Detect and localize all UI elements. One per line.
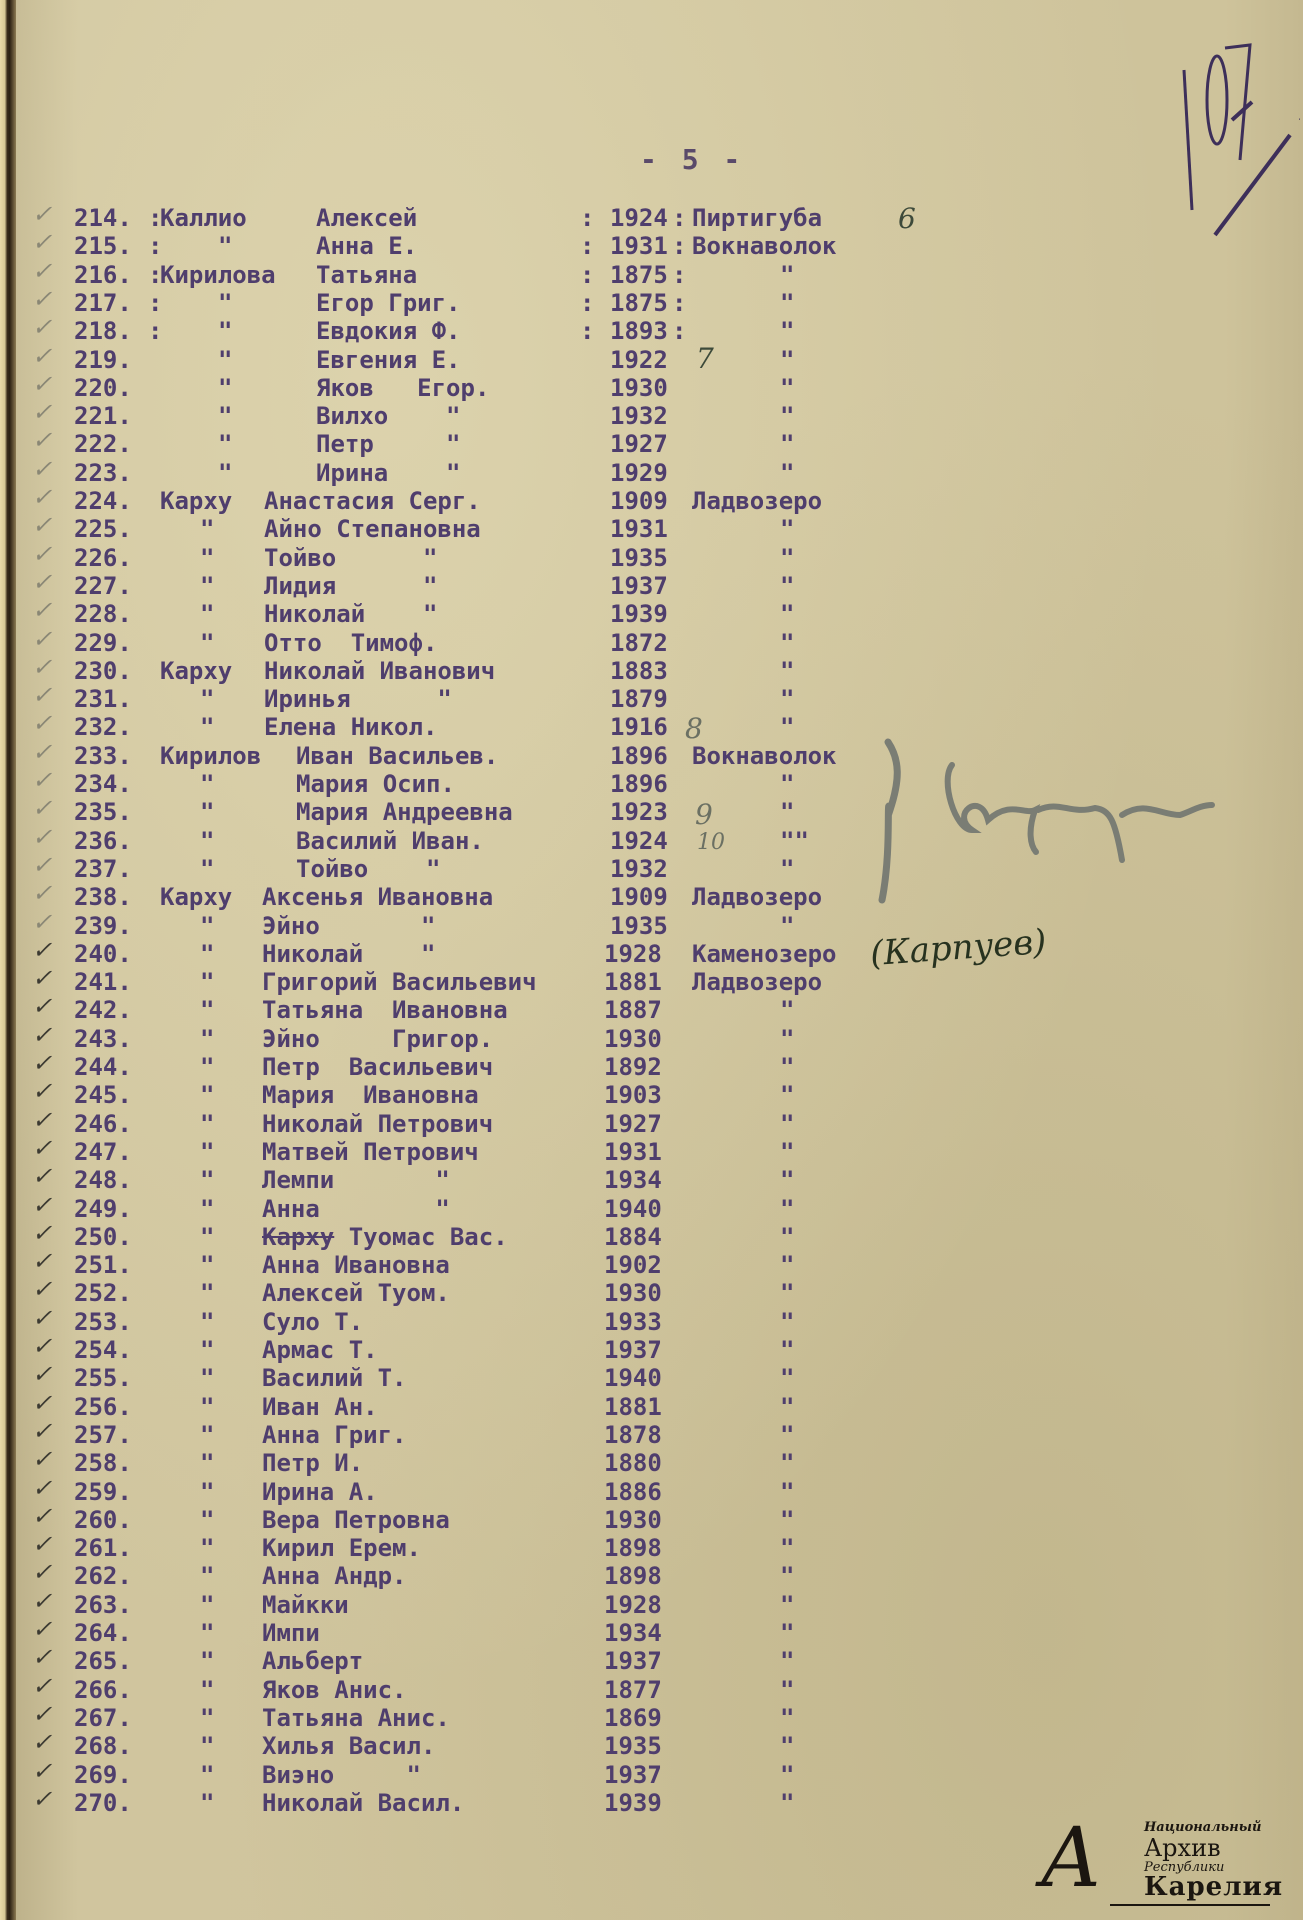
check-mark-icon: ✓ — [30, 342, 58, 370]
place: " — [780, 515, 794, 543]
check-mark-icon: ✓ — [30, 1106, 58, 1134]
given-name: Татьяна Анис. — [262, 1704, 450, 1732]
surname: Карху — [160, 487, 232, 515]
given-name: Николай Васил. — [262, 1789, 464, 1817]
given-name: Василий Иван. — [296, 827, 484, 855]
place: " — [780, 1138, 794, 1166]
surname: " — [200, 1138, 214, 1166]
row-number: 264. — [74, 1619, 132, 1647]
given-name: Петр Васильевич — [262, 1053, 493, 1081]
row-number: 214. — [74, 204, 132, 232]
given-name: Татьяна Ивановна — [262, 996, 508, 1024]
place: " — [780, 1223, 794, 1251]
surname: Каллио — [160, 204, 247, 232]
surname: " — [200, 996, 214, 1024]
column-separator: : — [580, 317, 594, 345]
surname: " — [200, 1195, 214, 1223]
pencil-signature — [860, 720, 1220, 910]
row-number: 268. — [74, 1732, 132, 1760]
place: " — [780, 1053, 794, 1081]
table-row: ✓239."Эйно "1935" — [0, 912, 1303, 940]
row-number: 258. — [74, 1449, 132, 1477]
check-mark-icon: ✓ — [30, 908, 58, 936]
place: " — [780, 1025, 794, 1053]
row-number: 228. — [74, 600, 132, 628]
birth-year: 1930 — [604, 1506, 662, 1534]
page-number: - 5 - — [640, 143, 744, 176]
check-mark-icon: ✓ — [30, 823, 58, 851]
birth-year: 1923 — [610, 798, 668, 826]
place: " — [780, 1251, 794, 1279]
birth-year: 1935 — [610, 544, 668, 572]
check-mark-icon: ✓ — [30, 1530, 58, 1558]
birth-year: 1927 — [604, 1110, 662, 1138]
table-row: ✓265."Альберт1937" — [0, 1647, 1303, 1675]
row-number: 234. — [74, 770, 132, 798]
check-mark-icon: ✓ — [30, 1615, 58, 1643]
place: " — [780, 657, 794, 685]
place: " — [780, 1421, 794, 1449]
birth-year: 1930 — [604, 1025, 662, 1053]
column-separator: : — [148, 317, 162, 345]
birth-year: 1903 — [604, 1081, 662, 1109]
table-row: ✓224.КархуАнастасия Серг.1909Ладвозеро — [0, 487, 1303, 515]
table-row: ✓255."Василий Т.1940" — [0, 1364, 1303, 1392]
surname: " — [200, 600, 214, 628]
row-number: 265. — [74, 1647, 132, 1675]
check-mark-icon: ✓ — [30, 455, 58, 483]
row-number: 263. — [74, 1591, 132, 1619]
check-mark-icon: ✓ — [30, 1502, 58, 1530]
check-mark-icon: ✓ — [30, 1558, 58, 1586]
birth-year: 1939 — [610, 600, 668, 628]
given-name: Вера Петровна — [262, 1506, 450, 1534]
table-row: ✓267."Татьяна Анис.1869" — [0, 1704, 1303, 1732]
birth-year: 1937 — [610, 572, 668, 600]
column-separator: : — [672, 261, 686, 289]
check-mark-icon: ✓ — [30, 1700, 58, 1728]
place: Вокнаволок — [692, 232, 837, 260]
check-mark-icon: ✓ — [30, 257, 58, 285]
place: " — [780, 996, 794, 1024]
table-row: ✓241."Григорий Васильевич1881Ладвозеро — [0, 968, 1303, 996]
surname: " — [218, 317, 232, 345]
struck-word: Карху — [262, 1223, 334, 1251]
table-row: ✓252."Алексей Туом.1930" — [0, 1279, 1303, 1307]
surname: " — [200, 1534, 214, 1562]
table-row: ✓246."Николай Петрович1927" — [0, 1110, 1303, 1138]
row-number: 223. — [74, 459, 132, 487]
birth-year: 1877 — [604, 1676, 662, 1704]
birth-year: 1928 — [604, 1591, 662, 1619]
given-name: Ирина А. — [262, 1478, 378, 1506]
row-number: 215. — [74, 232, 132, 260]
margin-number-214: 6 — [898, 202, 916, 235]
birth-year: 1875 — [610, 289, 668, 317]
check-mark-icon: ✓ — [30, 1134, 58, 1162]
birth-year: 1887 — [604, 996, 662, 1024]
surname: " — [200, 1223, 214, 1251]
birth-year: 1902 — [604, 1251, 662, 1279]
given-name: Матвей Петрович — [262, 1138, 479, 1166]
given-name: Елена Никол. — [264, 713, 437, 741]
surname: " — [200, 685, 214, 713]
table-row: ✓244."Петр Васильевич1892" — [0, 1053, 1303, 1081]
table-row: ✓221."Вилхо "1932" — [0, 402, 1303, 430]
row-number: 230. — [74, 657, 132, 685]
row-number: 254. — [74, 1336, 132, 1364]
table-row: ✓250."Карху Туомас Вас.1884" — [0, 1223, 1303, 1251]
table-row: ✓257."Анна Григ.1878" — [0, 1421, 1303, 1449]
place: " — [780, 1308, 794, 1336]
place: " — [780, 713, 794, 741]
check-mark-icon: ✓ — [30, 625, 58, 653]
birth-year: 1916 — [610, 713, 668, 741]
row-number: 220. — [74, 374, 132, 402]
place: " — [780, 1166, 794, 1194]
row-number: 253. — [74, 1308, 132, 1336]
column-separator: : — [580, 232, 594, 260]
row-number: 225. — [74, 515, 132, 543]
place: " — [780, 374, 794, 402]
given-name: Армас Т. — [262, 1336, 378, 1364]
given-name: Иван Ан. — [262, 1393, 378, 1421]
logo-line-national: Национальный — [1144, 1820, 1261, 1835]
column-separator: : — [580, 204, 594, 232]
given-name: Петр " — [316, 430, 461, 458]
given-name: Яков Егор. — [316, 374, 489, 402]
check-mark-icon: ✓ — [30, 1332, 58, 1360]
birth-year: 1898 — [604, 1562, 662, 1590]
surname: " — [218, 430, 232, 458]
column-separator: : — [148, 232, 162, 260]
surname: " — [200, 1251, 214, 1279]
check-mark-icon: ✓ — [30, 596, 58, 624]
surname: " — [200, 1421, 214, 1449]
place: " — [780, 1562, 794, 1590]
given-name: Ирина " — [316, 459, 461, 487]
row-number: 217. — [74, 289, 132, 317]
surname: " — [218, 289, 232, 317]
surname: " — [200, 1166, 214, 1194]
row-number: 257. — [74, 1421, 132, 1449]
logo-quill-rule — [1110, 1904, 1270, 1906]
birth-year: 1884 — [604, 1223, 662, 1251]
place: Пиртигуба — [692, 204, 822, 232]
surname: " — [200, 713, 214, 741]
table-row: ✓268."Хилья Васил.1935" — [0, 1732, 1303, 1760]
given-name: Лемпи " — [262, 1166, 450, 1194]
check-mark-icon: ✓ — [30, 568, 58, 596]
check-mark-icon: ✓ — [30, 964, 58, 992]
given-name: Евдокия Ф. — [316, 317, 461, 345]
table-row: ✓260."Вера Петровна1930" — [0, 1506, 1303, 1534]
surname: " — [200, 1449, 214, 1477]
table-row: ✓261."Кирил Ерем.1898" — [0, 1534, 1303, 1562]
birth-year: 1892 — [604, 1053, 662, 1081]
check-mark-icon: ✓ — [30, 1672, 58, 1700]
row-number: 243. — [74, 1025, 132, 1053]
check-mark-icon: ✓ — [30, 426, 58, 454]
table-row: ✓220."Яков Егор.1930" — [0, 374, 1303, 402]
given-name: Альберт — [262, 1647, 363, 1675]
check-mark-icon: ✓ — [30, 851, 58, 879]
birth-year: 1883 — [610, 657, 668, 685]
check-mark-icon: ✓ — [30, 1247, 58, 1275]
table-row: ✓227."Лидия "1937" — [0, 572, 1303, 600]
table-row: ✓219."Евгения Е.1922" — [0, 346, 1303, 374]
given-name: Мария Ивановна — [262, 1081, 479, 1109]
surname: " — [200, 572, 214, 600]
table-row: ✓258."Петр И.1880" — [0, 1449, 1303, 1477]
table-row: ✓222."Петр "1927" — [0, 430, 1303, 458]
birth-year: 1881 — [604, 1393, 662, 1421]
surname: " — [200, 1676, 214, 1704]
place: " — [780, 544, 794, 572]
place: Ладвозеро — [692, 968, 822, 996]
birth-year: 1927 — [610, 430, 668, 458]
row-number: 252. — [74, 1279, 132, 1307]
birth-year: 1929 — [610, 459, 668, 487]
column-separator: : — [672, 317, 686, 345]
check-mark-icon: ✓ — [30, 1587, 58, 1615]
given-name: Мария Андреевна — [296, 798, 513, 826]
place: " — [780, 346, 794, 374]
given-name: Импи — [262, 1619, 320, 1647]
surname: Карху — [160, 883, 232, 911]
place: " — [780, 1647, 794, 1675]
place: " — [780, 1761, 794, 1789]
place: " — [780, 317, 794, 345]
given-name: Анна Григ. — [262, 1421, 407, 1449]
birth-year: 1924 — [610, 827, 668, 855]
row-number: 269. — [74, 1761, 132, 1789]
table-row: ✓217.:"Егор Григ.:1875:" — [0, 289, 1303, 317]
surname: " — [200, 1562, 214, 1590]
given-name: Суло Т. — [262, 1308, 363, 1336]
place: " — [780, 1336, 794, 1364]
place: " — [780, 430, 794, 458]
birth-year: 1939 — [604, 1789, 662, 1817]
given-name: Аксенья Ивановна — [262, 883, 493, 911]
birth-year: 1886 — [604, 1478, 662, 1506]
surname: " — [200, 1506, 214, 1534]
table-row: ✓243."Эйно Григор.1930" — [0, 1025, 1303, 1053]
birth-year: 1893 — [610, 317, 668, 345]
row-number: 219. — [74, 346, 132, 374]
table-row: ✓259."Ирина А.1886" — [0, 1478, 1303, 1506]
surname: " — [200, 968, 214, 996]
place: " — [780, 1619, 794, 1647]
birth-year: 1932 — [610, 402, 668, 430]
place: Каменозеро — [692, 940, 837, 968]
place: Вокнаволок — [692, 742, 837, 770]
table-row: ✓229."Отто Тимоф.1872" — [0, 629, 1303, 657]
row-number: 255. — [74, 1364, 132, 1392]
given-name: Василий Т. — [262, 1364, 407, 1392]
surname: " — [200, 1591, 214, 1619]
row-number: 242. — [74, 996, 132, 1024]
given-name: Николай Петрович — [262, 1110, 493, 1138]
check-mark-icon: ✓ — [30, 398, 58, 426]
birth-year: 1898 — [604, 1534, 662, 1562]
given-name: Петр И. — [262, 1449, 363, 1477]
table-row: ✓264."Импи1934" — [0, 1619, 1303, 1647]
given-name: Хилья Васил. — [262, 1732, 435, 1760]
place: " — [780, 289, 794, 317]
check-mark-icon: ✓ — [30, 681, 58, 709]
surname: " — [218, 402, 232, 430]
place: " — [780, 459, 794, 487]
margin-number-232: 8 — [685, 712, 703, 745]
surname: " — [200, 515, 214, 543]
table-row: ✓225."Айно Степановна1931" — [0, 515, 1303, 543]
check-mark-icon: ✓ — [30, 511, 58, 539]
surname: " — [200, 1789, 214, 1817]
given-name: Виэно " — [262, 1761, 421, 1789]
table-row: ✓223."Ирина "1929" — [0, 459, 1303, 487]
place: " — [780, 1704, 794, 1732]
given-name: Карху Туомас Вас. — [262, 1223, 508, 1251]
birth-year: 1880 — [604, 1449, 662, 1477]
place: " — [780, 770, 794, 798]
row-number: 227. — [74, 572, 132, 600]
row-number: 249. — [74, 1195, 132, 1223]
birth-year: 1875 — [610, 261, 668, 289]
check-mark-icon: ✓ — [30, 738, 58, 766]
birth-year: 1935 — [604, 1732, 662, 1760]
birth-year: 1872 — [610, 629, 668, 657]
given-name: Анна Андр. — [262, 1562, 407, 1590]
surname: " — [200, 1393, 214, 1421]
surname: " — [200, 544, 214, 572]
given-name: Яков Анис. — [262, 1676, 407, 1704]
place: " — [780, 1789, 794, 1817]
place: " — [780, 855, 794, 883]
row-number: 221. — [74, 402, 132, 430]
given-name: Эйно " — [262, 912, 435, 940]
row-number: 238. — [74, 883, 132, 911]
surname: " — [200, 1478, 214, 1506]
table-row: ✓214.:КаллиоАлексей:1924:Пиртигуба — [0, 204, 1303, 232]
table-row: ✓245."Мария Ивановна1903" — [0, 1081, 1303, 1109]
row-number: 256. — [74, 1393, 132, 1421]
birth-year: 1909 — [610, 883, 668, 911]
column-separator: : — [672, 204, 686, 232]
place: " — [780, 1534, 794, 1562]
check-mark-icon: ✓ — [30, 1191, 58, 1219]
row-number: 259. — [74, 1478, 132, 1506]
row-number: 250. — [74, 1223, 132, 1251]
birth-year: 1896 — [610, 770, 668, 798]
given-name: Кирил Ерем. — [262, 1534, 421, 1562]
check-mark-icon: ✓ — [30, 879, 58, 907]
birth-year: 1940 — [604, 1195, 662, 1223]
row-number: 233. — [74, 742, 132, 770]
check-mark-icon: ✓ — [30, 540, 58, 568]
surname: Карху — [160, 657, 232, 685]
surname: " — [218, 346, 232, 374]
place: " — [780, 685, 794, 713]
surname: " — [200, 1732, 214, 1760]
margin-number-236: 10 — [697, 830, 725, 855]
table-row: ✓231."Иринья "1879" — [0, 685, 1303, 713]
given-name: Анна Е. — [316, 232, 417, 260]
check-mark-icon: ✓ — [30, 1389, 58, 1417]
check-mark-icon: ✓ — [30, 200, 58, 228]
row-number: 231. — [74, 685, 132, 713]
check-mark-icon: ✓ — [30, 228, 58, 256]
check-mark-icon: ✓ — [30, 1417, 58, 1445]
given-name: Григорий Васильевич — [262, 968, 537, 996]
surname: " — [200, 1053, 214, 1081]
row-number: 224. — [74, 487, 132, 515]
place: " — [780, 600, 794, 628]
row-number: 270. — [74, 1789, 132, 1817]
column-separator: : — [672, 289, 686, 317]
row-number: 262. — [74, 1562, 132, 1590]
surname: " — [200, 798, 214, 826]
birth-year: 1896 — [610, 742, 668, 770]
place: " — [780, 1393, 794, 1421]
column-separator: : — [580, 261, 594, 289]
check-mark-icon: ✓ — [30, 992, 58, 1020]
check-mark-icon: ✓ — [30, 1219, 58, 1247]
check-mark-icon: ✓ — [30, 313, 58, 341]
table-row: ✓218.:"Евдокия Ф.:1893:" — [0, 317, 1303, 345]
surname: " — [200, 827, 214, 855]
place: " — [780, 1279, 794, 1307]
check-mark-icon: ✓ — [30, 709, 58, 737]
row-number: 232. — [74, 713, 132, 741]
given-name: Николай Иванович — [264, 657, 495, 685]
place: " — [780, 1081, 794, 1109]
table-row: ✓216.:КириловаТатьяна:1875:" — [0, 261, 1303, 289]
table-row: ✓228."Николай "1939" — [0, 600, 1303, 628]
birth-year: 1928 — [604, 940, 662, 968]
birth-year: 1930 — [610, 374, 668, 402]
surname: " — [200, 1025, 214, 1053]
check-mark-icon: ✓ — [30, 1077, 58, 1105]
check-mark-icon: ✓ — [30, 766, 58, 794]
check-mark-icon: ✓ — [30, 483, 58, 511]
check-mark-icon: ✓ — [30, 1021, 58, 1049]
birth-year: 1881 — [604, 968, 662, 996]
place: Ладвозеро — [692, 883, 822, 911]
row-number: 241. — [74, 968, 132, 996]
birth-year: 1933 — [604, 1308, 662, 1336]
table-row: ✓266."Яков Анис.1877" — [0, 1676, 1303, 1704]
surname: Кирилова — [160, 261, 276, 289]
archive-logo: А Национальный Архив Республики Карелия — [1040, 1808, 1300, 1916]
row-number: 229. — [74, 629, 132, 657]
check-mark-icon: ✓ — [30, 653, 58, 681]
given-name: Тойво " — [296, 855, 441, 883]
surname: " — [200, 629, 214, 657]
surname: " — [200, 1081, 214, 1109]
place: " — [780, 1364, 794, 1392]
given-name: Анна " — [262, 1195, 450, 1223]
surname: " — [218, 459, 232, 487]
row-number: 222. — [74, 430, 132, 458]
table-row: ✓226."Тойво "1935" — [0, 544, 1303, 572]
check-mark-icon: ✓ — [30, 1049, 58, 1077]
row-number: 216. — [74, 261, 132, 289]
table-row: ✓240."Николай "1928Каменозеро — [0, 940, 1303, 968]
given-name: Анна Ивановна — [262, 1251, 450, 1279]
birth-year: 1931 — [610, 515, 668, 543]
column-separator: : — [580, 289, 594, 317]
